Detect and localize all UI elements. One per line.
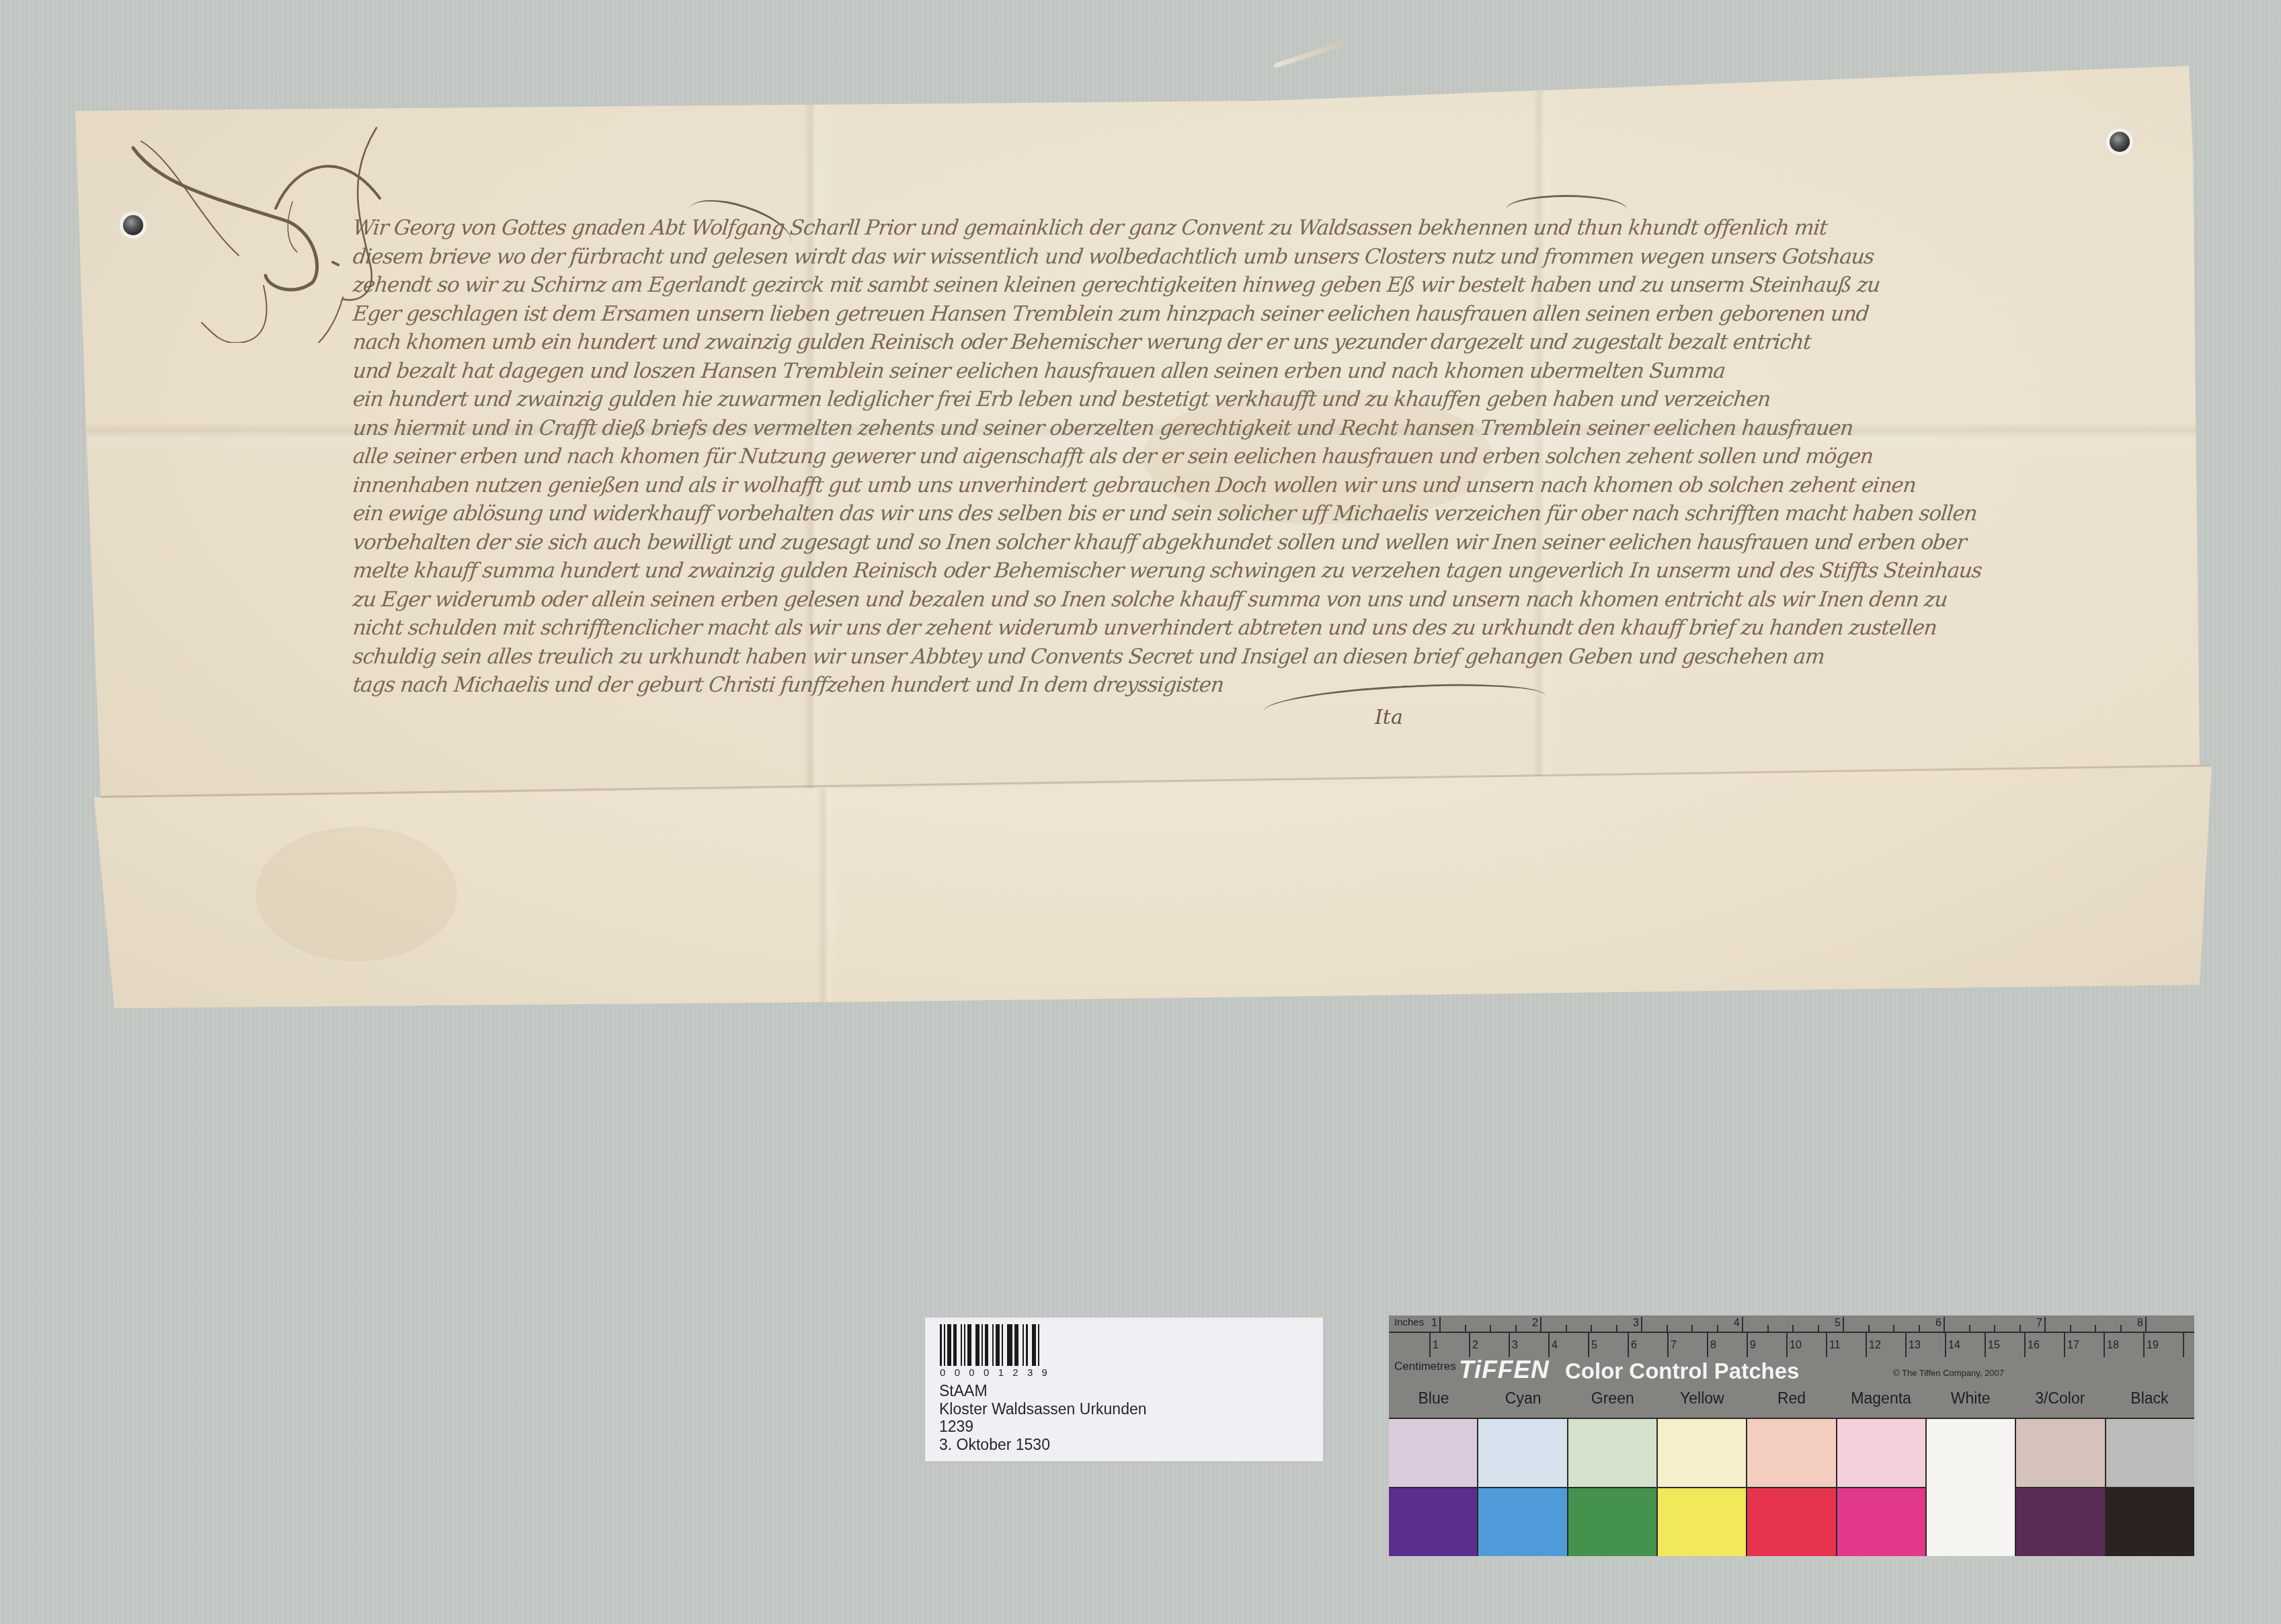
parchment-sliver xyxy=(1273,41,1345,69)
script-line: nicht schulden mit schrifftenclicher mac… xyxy=(352,614,2156,643)
barcode-number: 0 0 0 0 1 2 3 9 xyxy=(940,1367,1047,1379)
script-line: schuldig sein alles treulich zu urkhundt… xyxy=(352,643,2156,672)
patch-light xyxy=(1389,1419,1477,1488)
script-line: ein ewige ablösung und widerkhauff vorbe… xyxy=(352,499,2156,528)
charter-text: Wir Georg von Gottes gnaden Abt Wolfgang… xyxy=(353,214,2155,700)
archive-name: StAAM xyxy=(939,1382,1147,1400)
barcode-digit: 0 xyxy=(984,1367,989,1379)
patch-light xyxy=(2016,1419,2104,1488)
cm-number: 12 xyxy=(1869,1340,1881,1352)
collection-name: Kloster Waldsassen Urkunden xyxy=(939,1400,1147,1418)
patch-dark xyxy=(2016,1488,2104,1556)
color-patch-grid xyxy=(1389,1418,2194,1556)
patch-white xyxy=(1927,1419,2015,1556)
script-line: innenhaben nutzen genießen und als ir wo… xyxy=(352,471,2156,500)
cm-number: 8 xyxy=(1710,1340,1716,1352)
patch-light xyxy=(1747,1419,1835,1488)
barcode-digit: 0 xyxy=(955,1367,960,1379)
cm-number: 2 xyxy=(1472,1340,1478,1352)
swash-stroke xyxy=(1506,195,1627,224)
patch-name: Magenta xyxy=(1837,1389,1926,1408)
patch-column-red xyxy=(1747,1419,1837,1556)
barcode-icon xyxy=(940,1324,1041,1366)
card-title: Color Control Patches xyxy=(1565,1358,1799,1384)
barcode-digit: 3 xyxy=(1027,1367,1033,1379)
document-date: 3. Oktober 1530 xyxy=(939,1436,1147,1454)
patch-column-yellow xyxy=(1658,1419,1747,1556)
barcode-digit: 9 xyxy=(1042,1367,1047,1379)
cm-number: 11 xyxy=(1829,1340,1841,1352)
parchment-charter: Wir Georg von Gottes gnaden Abt Wolfgang… xyxy=(0,0,2281,1022)
patch-column-blue xyxy=(1389,1419,1478,1556)
patch-names: Blue Cyan Green Yellow Red Magenta White… xyxy=(1389,1389,2194,1408)
barcode-digit: 1 xyxy=(998,1367,1004,1379)
cm-number: 5 xyxy=(1591,1340,1597,1352)
patch-name: Yellow xyxy=(1657,1389,1747,1408)
script-line: und bezalt hat dagegen und loszen Hansen… xyxy=(352,357,2156,386)
inch-number: 5 xyxy=(1835,1317,1841,1330)
script-line: Wir Georg von Gottes gnaden Abt Wolfgang… xyxy=(352,214,2156,243)
script-line: melte khauff summa hundert und zwainzig … xyxy=(352,557,2156,585)
patch-name: Blue xyxy=(1389,1389,1478,1408)
cm-number: 13 xyxy=(1909,1340,1921,1352)
patch-name: Cyan xyxy=(1478,1389,1568,1408)
patch-dark xyxy=(1478,1488,1566,1556)
patch-column-3-color xyxy=(2016,1419,2106,1556)
barcode-digit: 0 xyxy=(940,1367,945,1379)
archive-label: 0 0 0 0 1 2 3 9 StAAM Kloster Waldsassen… xyxy=(925,1317,1323,1461)
patch-column-cyan xyxy=(1478,1419,1568,1556)
cm-number: 6 xyxy=(1631,1340,1637,1352)
patch-dark xyxy=(1658,1488,1746,1556)
cm-number: 17 xyxy=(2067,1340,2079,1352)
cm-number: 18 xyxy=(2107,1340,2119,1352)
cm-number: 3 xyxy=(1512,1340,1518,1352)
inch-number: 3 xyxy=(1633,1317,1639,1330)
barcode-digit: 2 xyxy=(1012,1367,1018,1379)
patch-dark xyxy=(1747,1488,1835,1556)
cm-number: 10 xyxy=(1790,1340,1802,1352)
stain xyxy=(255,827,457,961)
copyright-text: © The Tiffen Company, 2007 xyxy=(1893,1368,2004,1378)
script-line: nach khomen umb ein hundert und zwainzig… xyxy=(352,328,2156,357)
patch-light xyxy=(1658,1419,1746,1488)
script-line: zehendt so wir zu Schirnz am Egerlandt g… xyxy=(352,271,2156,300)
patch-name: Red xyxy=(1747,1389,1836,1408)
cm-number: 16 xyxy=(2028,1340,2040,1352)
patch-name: Black xyxy=(2105,1389,2194,1408)
document-number: 1239 xyxy=(939,1418,1147,1436)
centimetres-label: Centimetres xyxy=(1394,1360,1456,1373)
tiffen-logo: TiFFEN xyxy=(1459,1356,1550,1384)
inch-number: 8 xyxy=(2137,1317,2143,1330)
patch-name: 3/Color xyxy=(2015,1389,2105,1408)
patch-light xyxy=(1568,1419,1656,1488)
signum-mark: Ita xyxy=(1375,706,1403,729)
script-line: zu Eger widerumb oder allein seinen erbe… xyxy=(352,585,2156,614)
ruler: Inches 12345678 123456789101112131415161… xyxy=(1389,1315,2194,1356)
barcode-digit: 0 xyxy=(969,1367,974,1379)
inch-number: 7 xyxy=(2036,1317,2042,1330)
patch-dark xyxy=(1568,1488,1656,1556)
patch-light xyxy=(1478,1419,1566,1488)
patch-light xyxy=(2106,1419,2194,1488)
patch-column-magenta xyxy=(1837,1419,1927,1556)
patch-name: White xyxy=(1926,1389,2015,1408)
patch-name: Green xyxy=(1568,1389,1657,1408)
inches-label: Inches xyxy=(1394,1317,1424,1328)
script-line: vorbehalten der sie sich auch bewilligt … xyxy=(352,528,2156,557)
cm-number: 4 xyxy=(1552,1340,1558,1352)
script-line: ein hundert und zwainzig gulden hie zuwa… xyxy=(352,385,2156,414)
patch-dark xyxy=(2106,1488,2194,1556)
script-line: uns hiermit und in Crafft dieß briefs de… xyxy=(352,414,2156,443)
cm-number: 1 xyxy=(1433,1340,1439,1352)
script-line: alle seiner erben und nach khomen für Nu… xyxy=(352,442,2156,471)
inch-number: 2 xyxy=(1532,1317,1538,1330)
cm-number: 7 xyxy=(1671,1340,1677,1352)
script-line: diesem brieve wo der fürbracht und geles… xyxy=(352,243,2156,272)
cm-number: 19 xyxy=(2147,1340,2159,1352)
patch-column-green xyxy=(1568,1419,1658,1556)
script-line: Eger geschlagen ist dem Ersamen unsern l… xyxy=(352,300,2156,329)
patch-dark xyxy=(1837,1488,1925,1556)
inch-number: 4 xyxy=(1734,1317,1740,1330)
cm-number: 14 xyxy=(1948,1340,1960,1352)
patch-dark xyxy=(1389,1488,1477,1556)
cm-number: 15 xyxy=(1988,1340,2000,1352)
rivet-hole-right-icon xyxy=(2110,132,2130,152)
cm-number: 9 xyxy=(1750,1340,1756,1352)
patch-column-white xyxy=(1927,1419,2016,1556)
patch-column-black xyxy=(2106,1419,2194,1556)
label-text: StAAM Kloster Waldsassen Urkunden 1239 3… xyxy=(939,1382,1147,1453)
inch-number: 6 xyxy=(1935,1317,1942,1330)
inch-number: 1 xyxy=(1431,1317,1437,1330)
tiffen-color-card: Inches 12345678 123456789101112131415161… xyxy=(1389,1315,2194,1555)
patch-light xyxy=(1837,1419,1925,1488)
